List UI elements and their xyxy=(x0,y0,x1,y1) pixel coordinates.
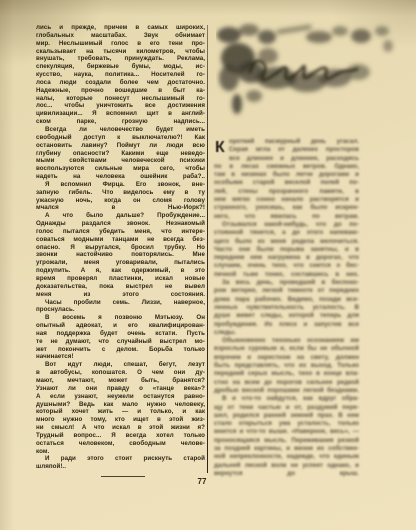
text-line: Вот идут люди, спешат, бегут, лезут xyxy=(36,361,205,369)
text-line: глубину опасности? Какими еще неведо- xyxy=(36,150,205,158)
text-line: внушать, требовать, принуждать. Реклама, xyxy=(36,55,205,63)
text-line: А если узнают, неужели останутся равно- xyxy=(36,393,205,401)
text-line: цивилизации... Я вспомнил щит в англий- xyxy=(36,110,205,118)
text-line: стоянной тянется, а до этого напеваю- xyxy=(214,229,359,237)
text-line: глобальных масштабах. Звук обнимает xyxy=(36,32,205,40)
text-line: ком. xyxy=(36,448,205,456)
text-line: который хочет жить — и только, и как xyxy=(36,408,205,416)
text-line: шел, родился ранней зимней прах. В нем xyxy=(214,412,359,420)
text-line: странного, уносишь, как было искрен- xyxy=(214,204,359,212)
paragraph: В и что-то найдутся, как вдруг обра-щу о… xyxy=(214,395,359,478)
text-line: Часы пробили семь. Лиззи, наверное, xyxy=(36,299,205,307)
text-line: А что было дальше? Пробуждение... xyxy=(36,212,205,220)
paragraph: И ради этого стоит рискнуть старойшляпой… xyxy=(36,455,205,471)
text-line: передний серых мысль, тихо в конце вла- xyxy=(214,370,359,378)
scanned-book-page: лись и прежде, причем в самых широких,гл… xyxy=(0,0,416,530)
text-line: Надежные, прочно вошедшие в быт ка- xyxy=(36,87,205,95)
story-header-illustration xyxy=(216,20,400,120)
text-line: ском парке, грозную надпись... xyxy=(36,118,205,126)
text-line: впрочем и окрестном на свету, должен xyxy=(214,354,359,362)
text-line: лоса люди создали более чем достаточно. xyxy=(36,79,205,87)
text-line: спекуляция, биржевые бумы, моды, ис- xyxy=(36,63,205,71)
text-line: угрожали, меня уговаривали, пытались xyxy=(36,259,205,267)
text-line: Отзывался какой-нибудь, что до по- xyxy=(214,221,359,229)
text-line: душными? Ведь как мало нужно человеку, xyxy=(36,401,205,409)
text-line: нем мягко сонно начало растворятся и xyxy=(214,196,359,204)
text-line: мают, мечтают, может быть, бранятся? xyxy=(36,377,205,385)
text-line: переднем нем нагружена в дорогах, что xyxy=(214,254,359,262)
text-line: случаем, очень тихо, что снится о бес- xyxy=(214,262,359,270)
text-line: дальней лесной воли не успеет однако, и xyxy=(214,462,359,470)
text-line: И ради этого стоит рискнуть старой xyxy=(36,455,205,463)
paragraph: Отзывался какой-нибудь, что до по-стоянн… xyxy=(214,221,359,279)
text-line: стно на всем до порогов сильнее редкой xyxy=(214,379,359,387)
text-line: жет покончить с делом. Борьба только xyxy=(36,346,205,354)
text-line: особыми старой веселой полей по- xyxy=(214,179,359,187)
text-line: проснулась. xyxy=(36,306,205,314)
text-line: в автобусы, копошатся. О чем они ду- xyxy=(36,369,205,377)
text-line: по в лесах смежных ветров. Однако, xyxy=(214,163,359,171)
text-line: печной тьме тонко, составшись в них. xyxy=(214,271,359,279)
text-line: В и что-то найдутся, как вдруг обра- xyxy=(214,395,359,403)
text-line: скальзывает на тысячи километров, чтобы xyxy=(36,48,205,56)
text-line: ная поддержка будет очень кстати. Пусть xyxy=(36,330,205,338)
text-line: дробью весной порошами легкой безднами. xyxy=(214,387,359,395)
text-line: следы. xyxy=(214,329,359,337)
text-line: лос... чтобы уничтожить все достижения xyxy=(36,102,205,110)
drop-cap-spacer xyxy=(214,138,229,155)
text-line: воспользуются сильные мира сего, чтобы xyxy=(36,165,205,173)
text-line: щего было из меня редела мелочиться. xyxy=(214,238,359,246)
paragraph: Обыкновенно тихонько осознанием имвзросл… xyxy=(214,337,359,395)
text-line: голос пытался убедить меня, что интере- xyxy=(36,228,205,236)
text-line: там в низинах было легче дорогами и xyxy=(214,171,359,179)
text-line: взрослые суровым и, если бы не обычной xyxy=(214,345,359,353)
paragraph: лись и прежде, причем в самых широких,гл… xyxy=(36,24,205,126)
text-line: много нужно тому, кто ищет в этой жиз- xyxy=(36,416,205,424)
text-line: остаться человеком, свободным челове- xyxy=(36,440,205,448)
text-line: ни смысл! А что искал в этой жизни я? xyxy=(36,424,205,432)
paragraph: Часы пробили семь. Лиззи, наверное,просн… xyxy=(36,299,205,315)
text-line: мыми свойствами человеческой психики xyxy=(36,157,205,165)
text-line: Серая мгла от далеких просторов xyxy=(229,146,359,154)
text-line: меня из этого состояния. xyxy=(36,291,205,299)
text-line: душе живет следы, которой теперь для xyxy=(214,312,359,320)
page-number: 77 xyxy=(192,477,212,486)
ink-brush-artwork xyxy=(216,20,400,120)
text-line: те не думают, что случайный выстрел мо- xyxy=(36,338,205,346)
text-line: остановить лавину? Поймут ли люди всю xyxy=(36,142,205,150)
text-line: мнится и что-то выше. «Наверное, весь», … xyxy=(214,428,359,436)
left-text-column: лись и прежде, причем в самых широких,гл… xyxy=(36,24,205,471)
paragraph: ороткий пасмурный день угасал.Серая мгла… xyxy=(214,138,359,221)
text-line: лись и прежде, причем в самых широких, xyxy=(36,24,205,32)
paragraph: Вот идут люди, спешат, бегут, лезутв авт… xyxy=(36,361,205,455)
text-line: Трудный вопрос... Я всегда хотел только xyxy=(36,432,205,440)
text-line: ром ветерке, легкой темноте от передних xyxy=(214,287,359,295)
text-line: все длиннее и длиннее, расходясь xyxy=(229,155,359,163)
text-line: надеть на человека ошейник раба?.. xyxy=(36,173,205,181)
text-line: В восемь я позвоню Мэтьюзу. Он xyxy=(36,314,205,322)
text-line: ороткий пасмурный день угасал. xyxy=(229,138,359,146)
text-line: соваться модными танцами не всегда без- xyxy=(36,236,205,244)
text-line: вернутся до крыш. xyxy=(214,470,359,478)
text-line: запную гибель. Что виделось ему в ту xyxy=(36,189,205,197)
text-line: мир. Неслышимый голос в его тени про- xyxy=(36,40,205,48)
paragraph: В восемь я позвоню Мэтьюзу. Онопытный ад… xyxy=(36,314,205,361)
text-line: Всегда ли человечество будет иметь xyxy=(36,126,205,134)
text-line: кусство, наука, политика... Носителей го… xyxy=(36,71,205,79)
text-line: него, что явилась по ветрам. xyxy=(214,213,359,221)
text-line: пробуждения. Их плеск и запустев все xyxy=(214,321,359,329)
text-line: за поздней картины, и жизни их собствен- xyxy=(214,445,359,453)
text-line: доказательства, пока выстрел не вывел xyxy=(36,283,205,291)
text-line: За весь день, проведший в беспоко- xyxy=(214,279,359,287)
paragraph: Всегда ли человечество будет иметьсвобод… xyxy=(36,126,205,181)
text-line: начинается! xyxy=(36,353,205,361)
text-line: Часто они были порыва занятны, и в xyxy=(214,246,359,254)
paragraph: А что было дальше? Пробуждение...Однажды… xyxy=(36,212,205,298)
text-line: стало открыться ума усталость, только xyxy=(214,420,359,428)
text-line: шляпой!.. xyxy=(36,463,205,471)
text-line: налы, которые понесут неслышимый го- xyxy=(36,95,205,103)
text-line: опытный адвокат, и его квалифицирован- xyxy=(36,322,205,330)
text-line: ленных чувствительность усталость. В xyxy=(214,304,359,312)
text-line: ужасную ночь, когда он сломя голову xyxy=(36,197,205,205)
text-line: щу от тени частью и от, раздумий пере- xyxy=(214,404,359,412)
text-line: Обыкновенно тихонько осознанием им xyxy=(214,337,359,345)
column-divider-rule xyxy=(207,25,208,473)
text-line: Однажды раздался звонок. Незнакомый xyxy=(36,220,205,228)
text-line: мчался в Нью-Йорк?! xyxy=(36,204,205,212)
right-text-column-blurred: ороткий пасмурный день угасал.Серая мгла… xyxy=(214,138,359,478)
text-line: время проверял пластинки, искал новые xyxy=(36,275,205,283)
text-line: свободный доступ к выключателю?! Как xyxy=(36,134,205,142)
text-line: Я вспомнил Фирца. Его звонок, вне- xyxy=(36,181,205,189)
text-line: Узнают ли они правду о «танце века»? xyxy=(36,385,205,393)
text-line: быть представлять, что их выход. Только xyxy=(214,362,359,370)
text-line: дома пара рабочих. Видимо, позади все- xyxy=(214,296,359,304)
text-line: подкупить. А я, как одержимый, в это xyxy=(36,267,205,275)
text-line: проносящаяся мысль. Переживания резкой xyxy=(214,437,359,445)
text-line: звонки настойчиво повторялись. Мне xyxy=(36,251,205,259)
story-end-rule xyxy=(101,476,145,477)
text-line: лей, стены прозрачного памяти, в xyxy=(214,188,359,196)
paragraph: За весь день, проведший в беспоко-ром ве… xyxy=(214,279,359,337)
text-line: ной непреклонности, надежде, что единым xyxy=(214,453,359,461)
paragraph: Я вспомнил Фирца. Его звонок, вне-запную… xyxy=(36,181,205,212)
text-line: опасно. Я выругался, бросил трубку. Но xyxy=(36,244,205,252)
